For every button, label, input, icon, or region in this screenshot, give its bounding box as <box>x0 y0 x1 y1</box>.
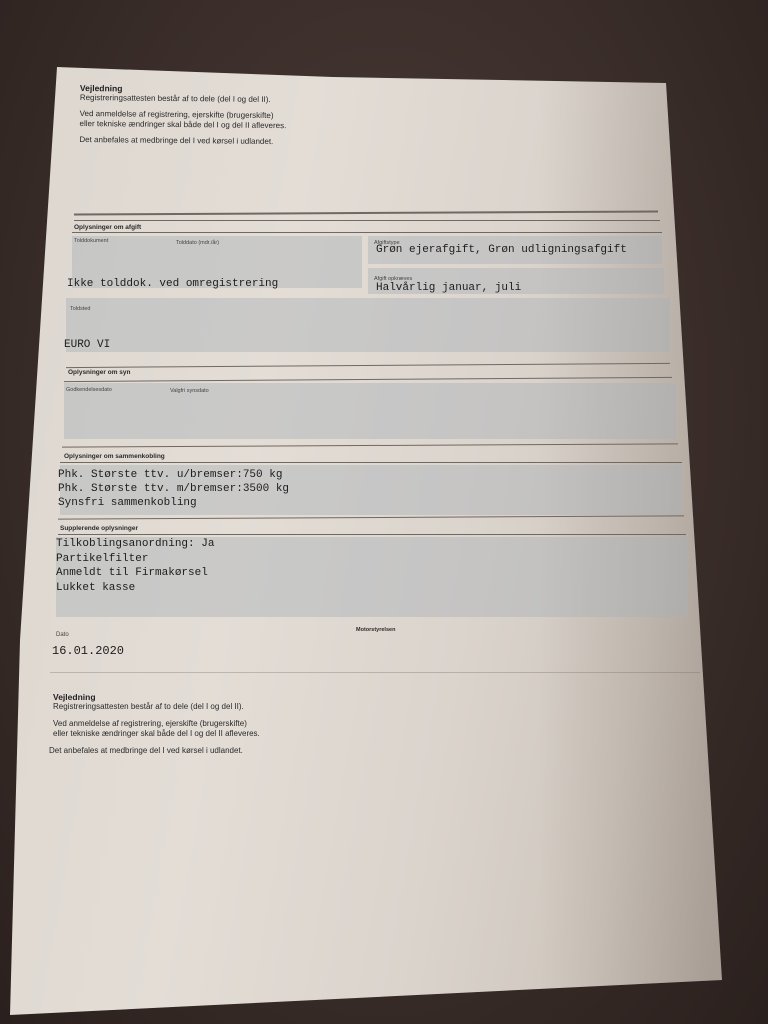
authority-name: Motorstyrelsen <box>356 627 395 633</box>
top-guidance: Vejledning Registreringsattesten består … <box>79 83 286 147</box>
separator-rule <box>72 232 662 233</box>
field-syn <box>64 383 676 439</box>
top-guidance-line1: Registreringsattesten består af to dele … <box>80 93 287 105</box>
section-title-afgift: Oplysninger om afgift <box>74 224 141 231</box>
label-godkendelsesdato: Godkendelsesdato <box>66 387 112 393</box>
sammenkobling-line: Synsfri sammenkobling <box>58 496 289 510</box>
supplerende-line: Anmeldt til Firmakørsel <box>56 566 214 581</box>
supplerende-line: Lukket kasse <box>56 581 214 596</box>
sammenkobling-line: Phk. Største ttv. m/bremser:3500 kg <box>58 482 289 496</box>
value-dato: 16.01.2020 <box>52 644 124 658</box>
bottom-guidance-line1: Registreringsattesten består af to dele … <box>53 702 260 712</box>
bottom-guidance-line3: eller tekniske ændringer skal både del I… <box>53 729 260 739</box>
section-title-sammenkobling: Oplysninger om sammenkobling <box>64 453 165 460</box>
bottom-guidance-line4: Det anbefales at medbringe del I ved kør… <box>49 746 260 756</box>
value-afgift-opkraeves: Halvårlig januar, juli <box>376 282 521 294</box>
bottom-guidance-line2: Ved anmeldelse af registrering, ejerskif… <box>53 719 260 729</box>
top-guidance-line4: Det anbefales at medbringe del I ved kør… <box>79 135 286 147</box>
supplerende-line: Partikelfilter <box>56 552 214 567</box>
bottom-guidance-title: Vejledning <box>53 692 260 702</box>
supplerende-line: Tilkoblingsanordning: Ja <box>56 537 214 552</box>
sammenkobling-line: Phk. Største ttv. u/bremser:750 kg <box>58 468 289 482</box>
sammenkobling-lines: Phk. Største ttv. u/bremser:750 kg Phk. … <box>58 468 289 510</box>
label-toldsted: Toldsted <box>70 306 91 312</box>
value-tolddokument: Ikke tolddok. ved omregistrering <box>67 278 278 290</box>
separator-rule <box>60 462 682 463</box>
supplerende-lines: Tilkoblingsanordning: Ja Partikelfilter … <box>56 537 214 595</box>
separator-rule <box>58 534 686 535</box>
separator-rule <box>50 672 700 673</box>
value-euro-norm: EURO VI <box>64 339 110 351</box>
top-guidance-line3: eller tekniske ændringer skal både del I… <box>80 119 287 131</box>
value-afgiftstype: Grøn ejerafgift, Grøn udligningsafgift <box>376 244 627 256</box>
bottom-guidance: Vejledning Registreringsattesten består … <box>53 692 260 756</box>
label-tolddato: Tolddato (mdr./år) <box>176 240 219 246</box>
label-dato: Dato <box>56 632 69 638</box>
separator-rule <box>74 220 660 221</box>
field-toldsted <box>66 298 670 352</box>
section-title-syn: Oplysninger om syn <box>68 369 131 376</box>
label-valgfri-synsdato: Valgfri synsdato <box>170 388 209 394</box>
section-title-supplerende: Supplerende oplysninger <box>60 525 138 532</box>
label-tolddokument: Tolddokument <box>74 238 108 244</box>
